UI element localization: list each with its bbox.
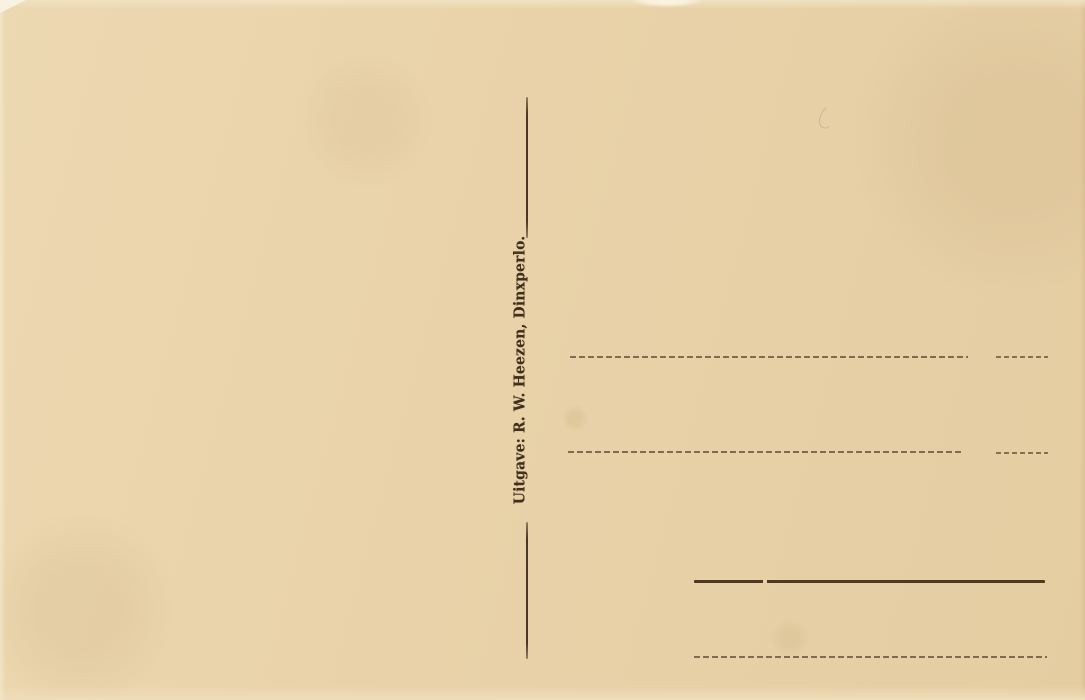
address-line-3-solid xyxy=(694,580,1045,583)
address-line-2-end xyxy=(996,452,1048,454)
top-edge-tear xyxy=(632,0,702,7)
address-line-2 xyxy=(568,451,964,453)
address-line-1-end xyxy=(996,356,1048,358)
publisher-imprint: Uitgave: R. W. Heezen, Dinxperlo. xyxy=(512,253,539,505)
corner-notch xyxy=(0,0,26,13)
postcard-back: Uitgave: R. W. Heezen, Dinxperlo. xyxy=(0,0,1085,700)
divider-line-bottom xyxy=(526,522,528,659)
divider-line-top xyxy=(526,97,528,238)
address-line-1 xyxy=(570,356,968,358)
faint-pencil-mark xyxy=(817,103,839,130)
address-line-4 xyxy=(694,656,1047,658)
